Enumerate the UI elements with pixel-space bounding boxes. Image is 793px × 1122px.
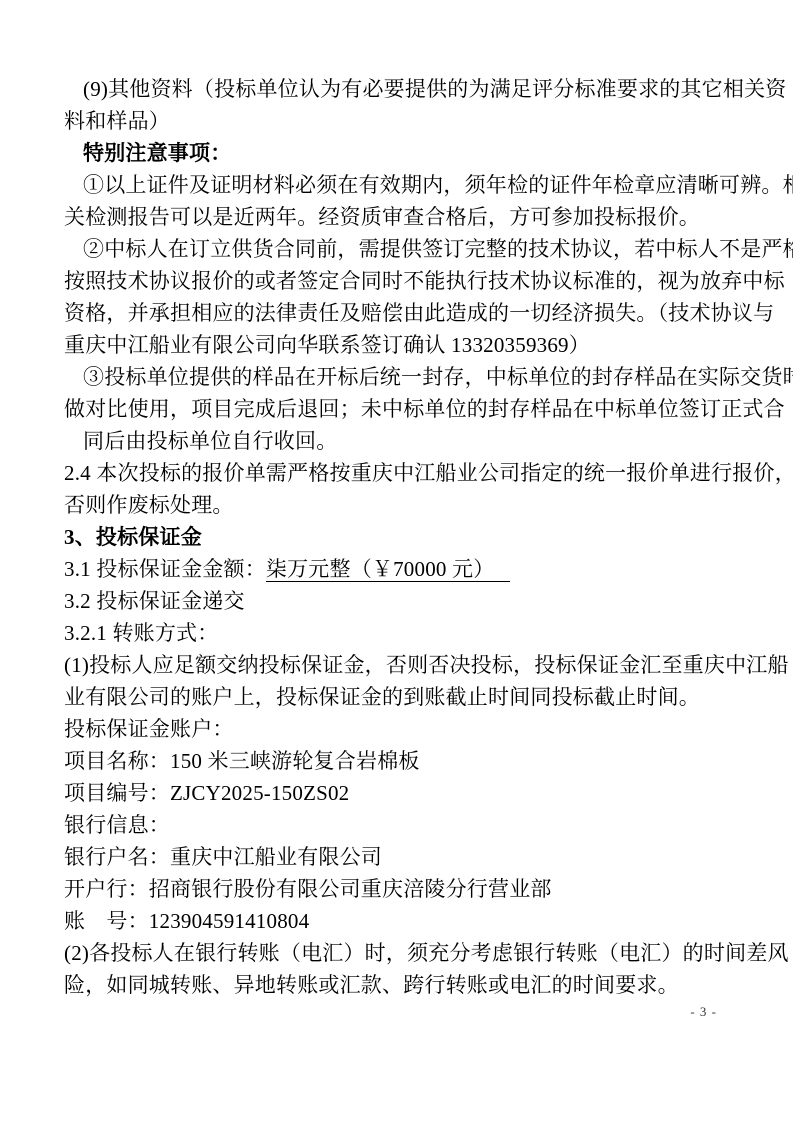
text-line: ①以上证件及证明材料必须在有效期内，须年检的证件年检章应清晰可辨。相	[64, 169, 729, 201]
text-run: 否则作废标处理。	[64, 493, 234, 517]
text-run: ①以上证件及证明材料必须在有效期内，须年检的证件年检章应清晰可辨。相	[83, 173, 793, 197]
text-run: 料和样品）	[64, 109, 170, 133]
text-line: 开户行：招商银行股份有限公司重庆涪陵分行营业部	[64, 873, 729, 905]
text-line: (2)各投标人在银行转账（电汇）时，须充分考虑银行转账（电汇）的时间差风	[64, 937, 729, 969]
text-run: 2.4 本次投标的报价单需严格按重庆中江船业公司指定的统一报价单进行报价，	[64, 461, 793, 485]
text-run: 险，如同城转账、异地转账或汇款、跨行转账或电汇的时间要求。	[64, 973, 679, 997]
heading-line: 特别注意事项：	[64, 137, 729, 169]
text-run: 特别注意事项：	[83, 141, 231, 165]
text-line: 项目名称：150 米三峡游轮复合岩棉板	[64, 745, 729, 777]
text-line: (9)其他资料（投标单位认为有必要提供的为满足评分标准要求的其它相关资	[64, 73, 729, 105]
text-run: 资格，并承担相应的法律责任及赔偿由此造成的一切经济损失。（技术协议与	[64, 301, 774, 325]
text-line: 3.1 投标保证金金额：柒万元整（￥70000 元）	[64, 553, 729, 585]
text-line: 按照技术协议报价的或者签定合同时不能执行技术协议标准的，视为放弃中标	[64, 265, 729, 297]
text-run: 项目名称：150 米三峡游轮复合岩棉板	[64, 749, 420, 773]
text-run: 关检测报告可以是近两年。经资质审查合格后，方可参加投标报价。	[64, 205, 700, 229]
text-line: 业有限公司的账户上，投标保证金的到账截止时间同投标截止时间。	[64, 681, 729, 713]
text-run: 银行信息：	[64, 813, 170, 837]
text-line: 账 号：123904591410804	[64, 905, 729, 937]
text-line: 项目编号：ZJCY2025-150ZS02	[64, 777, 729, 809]
text-line: 2.4 本次投标的报价单需严格按重庆中江船业公司指定的统一报价单进行报价，	[64, 457, 729, 489]
text-run: 3.2.1 转账方式：	[64, 621, 218, 645]
text-line: 资格，并承担相应的法律责任及赔偿由此造成的一切经济损失。（技术协议与	[64, 297, 729, 329]
text-line: 3.2.1 转账方式：	[64, 617, 729, 649]
text-line: 做对比使用，项目完成后退回；未中标单位的封存样品在中标单位签订正式合	[64, 393, 729, 425]
page-number: - 3 -	[690, 1004, 717, 1020]
text-line: 关检测报告可以是近两年。经资质审查合格后，方可参加投标报价。	[64, 201, 729, 233]
text-line: (1)投标人应足额交纳投标保证金，否则否决投标，投标保证金汇至重庆中江船	[64, 649, 729, 681]
text-run: 开户行：招商银行股份有限公司重庆涪陵分行营业部	[64, 877, 552, 901]
text-line: 重庆中江船业有限公司向华联系签订确认 13320359369）	[64, 329, 729, 361]
text-line: 银行户名：重庆中江船业有限公司	[64, 841, 729, 873]
text-run: (2)各投标人在银行转账（电汇）时，须充分考虑银行转账（电汇）的时间差风	[64, 941, 789, 965]
text-line: 投标保证金账户：	[64, 713, 729, 745]
text-run: 3.2 投标保证金递交	[64, 589, 245, 613]
text-line: ③投标单位提供的样品在开标后统一封存，中标单位的封存样品在实际交货时	[64, 361, 729, 393]
text-line: ②中标人在订立供货合同前，需提供签订完整的技术协议，若中标人不是严格	[64, 233, 729, 265]
text-run: ②中标人在订立供货合同前，需提供签订完整的技术协议，若中标人不是严格	[83, 237, 793, 261]
underlined-text: 柒万元整（￥70000 元）	[266, 557, 511, 582]
text-run: 同后由投标单位自行收回。	[83, 429, 337, 453]
text-run: 账 号：123904591410804	[64, 909, 309, 933]
text-run: 投标保证金账户：	[64, 717, 234, 741]
text-run: 重庆中江船业有限公司向华联系签订确认 13320359369）	[64, 333, 590, 357]
document-page: (9)其他资料（投标单位认为有必要提供的为满足评分标准要求的其它相关资料和样品）…	[0, 0, 793, 1122]
text-line: 料和样品）	[64, 105, 729, 137]
text-run: 按照技术协议报价的或者签定合同时不能执行技术协议标准的，视为放弃中标	[64, 269, 785, 293]
heading-line: 3、投标保证金	[64, 521, 729, 553]
text-line: 同后由投标单位自行收回。	[64, 425, 729, 457]
text-run: 银行户名：重庆中江船业有限公司	[64, 845, 382, 869]
text-run: 业有限公司的账户上，投标保证金的到账截止时间同投标截止时间。	[64, 685, 700, 709]
document-body: (9)其他资料（投标单位认为有必要提供的为满足评分标准要求的其它相关资料和样品）…	[64, 73, 729, 1001]
text-line: 否则作废标处理。	[64, 489, 729, 521]
text-run: 做对比使用，项目完成后退回；未中标单位的封存样品在中标单位签订正式合	[64, 397, 785, 421]
text-run: (1)投标人应足额交纳投标保证金，否则否决投标，投标保证金汇至重庆中江船	[64, 653, 789, 677]
text-run: (9)其他资料（投标单位认为有必要提供的为满足评分标准要求的其它相关资	[83, 77, 786, 101]
text-line: 银行信息：	[64, 809, 729, 841]
text-run: 项目编号：ZJCY2025-150ZS02	[64, 781, 349, 805]
text-run: 3.1 投标保证金金额：	[64, 557, 266, 581]
text-line: 险，如同城转账、异地转账或汇款、跨行转账或电汇的时间要求。	[64, 969, 729, 1001]
text-line: 3.2 投标保证金递交	[64, 585, 729, 617]
text-run: 3、投标保证金	[64, 525, 202, 549]
text-run: ③投标单位提供的样品在开标后统一封存，中标单位的封存样品在实际交货时	[83, 365, 793, 389]
